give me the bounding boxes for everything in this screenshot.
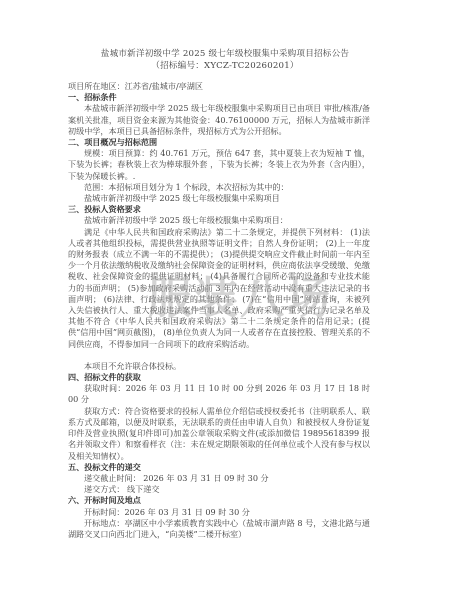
section-heading-6: 六、开标时间及地点: [68, 495, 370, 506]
section-heading-2: 二、项目概况与招标范围: [68, 137, 370, 148]
section-2-lot: 盐城市新洋初级中学 2025 级七年级校服集中采购项目: [68, 193, 370, 204]
document-page: 盐城市新洋初级中学 2025 级七年级校服集中采购项目招标公告 （招标编号：XY…: [0, 0, 450, 600]
section-heading-3: 三、投标人资格要求: [68, 204, 370, 215]
section-3-consortium: 本项目不允许联合体投标。: [68, 361, 370, 372]
section-4-time: 获取时间：2026 年 03 月 11 日 10 时 00 分到 2026 年 …: [68, 383, 370, 405]
section-heading-5: 五、投标文件的递交: [68, 462, 370, 473]
section-1-text: 本盐城市新洋初级中学 2025 级七年级校服集中采购项目已由项目 审批/核准/备…: [68, 103, 370, 137]
section-2-scope: 范围：本招标项目划分为 1 个标段，本次招标为其中的：: [68, 182, 370, 193]
tender-number: （招标编号：XYCZ-TC20260201）: [0, 59, 450, 71]
section-heading-4: 四、招标文件的获取: [68, 372, 370, 383]
section-3-requirements: 满足《中华人民共和国政府采购法》第二十二条规定，并提供下列材料： (1)法人或者…: [68, 227, 370, 350]
section-3-project: 盐城市新洋初级中学 2025 级七年级校服集中采购项目：: [68, 215, 370, 226]
section-6-location: 开标地点：亭湖区中小学素质教育实践中心（盐城市湖声路 8 号，文港北路与通湖路交…: [68, 518, 370, 540]
project-location: 项目所在地区：江苏省/盐城市/亭湖区: [68, 81, 370, 92]
section-5-method: 递交方式： 线下递交: [68, 484, 370, 495]
section-6-time: 开标时间：2026 年 03 月 31 日 09 时 30 分: [68, 507, 370, 518]
section-5-deadline: 递交截止时间： 2026 年 03 月 31 日 09 时 30 分: [68, 473, 370, 484]
section-4-method: 获取方式：符合资格要求的投标人需单位介绍信或授权委托书（注明联系人、联系方式及邮…: [68, 406, 370, 462]
section-2-scale: 规模：项目预算：约 40.761 万元，预估 647 套，其中夏装上衣为短袖 T…: [68, 148, 370, 182]
document-body: 项目所在地区：江苏省/盐城市/亭湖区 一、招标条件 本盐城市新洋初级中学 202…: [68, 81, 370, 540]
document-title: 盐城市新洋初级中学 2025 级七年级校服集中采购项目招标公告: [0, 47, 450, 59]
section-heading-1: 一、招标条件: [68, 92, 370, 103]
